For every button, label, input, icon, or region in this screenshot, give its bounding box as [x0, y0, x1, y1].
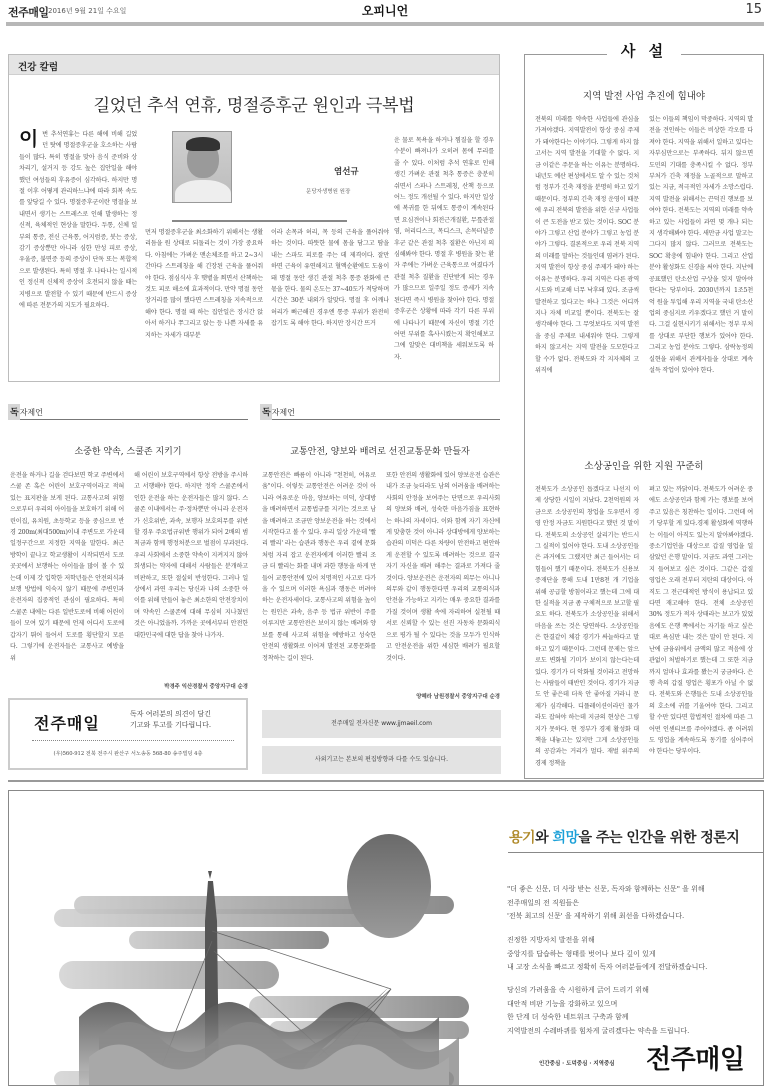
reader-right-header: 독자제언: [260, 404, 500, 420]
ad-paragraph-2: 진정한 지방자치 발전을 위해 중앙지를 답습하는 형태를 벗어나 보다 깊이 …: [507, 934, 707, 975]
masthead-rule: [6, 22, 764, 26]
editorial-box: 사 설 지역 발전 사업 추진에 힘내야 전북의 미래를 약속한 사업들에 관심…: [524, 54, 764, 779]
editorial-1-col2: 있는 이들의 책임이 막중하다. 지역의 발전을 견인하는 이들은 비상한 각오…: [649, 114, 753, 426]
ad-tagline: 용기와 희망을 주는 인간을 위한 정론지: [509, 827, 739, 847]
reader-left-signature: 박경주 익산경찰서 중앙지구대 순경: [134, 682, 248, 690]
health-column-col2: 먼저 명절증후군을 최소화하기 위해서는 생활리듬을 원 상태로 되돌리는 것이…: [145, 227, 263, 377]
editorial-2-col2: 펴고 있는 까닭이다. 전북도가 어려운 중에도 소상공인과 함께 가는 행보를…: [649, 484, 753, 772]
author-role: 문당자생병원 원장: [306, 187, 350, 195]
reader-left-col1: 운전을 하거나 길을 걷다보면 학교 주변에서 스쿨 존 혹은 어린이 보호구역…: [10, 470, 124, 692]
editorial-2-col1: 전북도가 소상공인 돕겠다고 나선지 이제 상당한 시일이 지났다. 2천억원의…: [535, 484, 639, 772]
health-column-col4: 운 물로 목욕을 하거나 찜질을 할 경우 수분이 빠져나가 오히려 몸에 무리…: [394, 135, 494, 377]
editorial-title-1: 지역 발전 사업 추진에 힘내야: [525, 88, 763, 102]
reader-left-title: 소중한 약속, 스쿨존 지키기: [8, 444, 248, 457]
page-masthead: 전주매일 2016년 9월 21일 수요일 오피니언 15: [6, 0, 764, 22]
ad-paragraph-1: "더 좋은 신문, 더 사랑 받는 신문, 독자와 함께하는 신문" 을 위해 …: [507, 883, 705, 924]
section-separator: [8, 780, 764, 782]
dropcap: 이: [19, 129, 38, 147]
byline-divider: [172, 220, 347, 222]
health-column: 건강 칼럼 길었던 추석 연휴, 명절증후군 원인과 극복법 이번 추석연휴는 …: [8, 54, 500, 382]
reader-right-col2: 또한 안전의 생활화에 있어 양보운전 습관은 내가 조금 늦더라도 남의 어려…: [386, 470, 500, 692]
epaper-link[interactable]: 전주매일 전자신문 www.jjmaeil.com: [262, 710, 501, 738]
health-column-title: 길었던 추석 연휴, 명절증후군 원인과 극복법: [9, 91, 499, 116]
submission-box: 전주매일 독자 여러분의 의견이 담긴 기고와 투고를 기다립니다. (우)56…: [8, 698, 248, 770]
ad-slogan: 인간중심 · 도덕중심 · 지역중심: [539, 1059, 615, 1067]
disclaimer-note: 사외기고는 본보의 편집방향과 다를 수도 있습니다.: [262, 746, 501, 774]
reader-right-title: 교통안전, 양보와 배려로 선진교통문화 만들자: [260, 444, 500, 457]
submission-address: (우)560-912 전북 전주시 완산구 서노송동 568-80 송주빌딩 4…: [10, 750, 246, 757]
editorial-label: 사 설: [525, 40, 763, 61]
submission-message: 독자 여러분의 의견이 담긴 기고와 투고를 기다립니다.: [130, 709, 211, 731]
health-column-col1: 이번 추석연휴는 다른 해에 비해 길었던 탓에 명절증후군을 호소하는 사람들…: [19, 129, 137, 377]
ad-paragraph-3: 당신의 가려움을 속 시원하게 긁어 드리기 위해 대안적 비판 기능을 강화하…: [507, 984, 689, 1038]
ad-rule: [508, 852, 763, 853]
editorial-title-2: 소상공인을 위한 지원 꾸준히: [525, 458, 763, 472]
reader-right-col1: 교통안전은 빠름이 아니라 "천천히, 여유로움"이다. 이렇듯 교통안전은 어…: [262, 470, 376, 704]
page-number: 15: [745, 2, 762, 17]
author-name: 염선규: [334, 165, 359, 177]
dotted-divider: [32, 740, 234, 741]
submission-logo: 전주매일: [34, 711, 100, 734]
ad-logo: 전주매일: [646, 1039, 744, 1076]
brand-advertisement: 용기와 희망을 주는 인간을 위한 정론지 "더 좋은 신문, 더 사랑 받는 …: [8, 790, 764, 1086]
section-title: 오피니언: [6, 2, 764, 19]
reader-right-signature: 양혜라 남원경찰서 중앙지구대 순경: [386, 692, 500, 700]
health-column-header: 건강 칼럼: [9, 55, 499, 75]
reader-left-header: 독자제언: [8, 404, 248, 420]
author-photo: [172, 131, 232, 203]
reader-left-col2: 해 어린이 보호구역에서 항상 전방을 주시하고 서행해야 한다. 하지만 정작…: [134, 470, 248, 680]
waves-illustration: [9, 977, 479, 1086]
editorial-1-col1: 전북의 미래를 약속한 사업들에 관심을 가져야겠다. 지역발전이 항상 중심 …: [535, 114, 639, 426]
health-column-col3: 이라 손목과 허리, 목 등의 근육을 풀어줘야 하는 것이다. 따뜻한 물에 …: [271, 227, 389, 377]
